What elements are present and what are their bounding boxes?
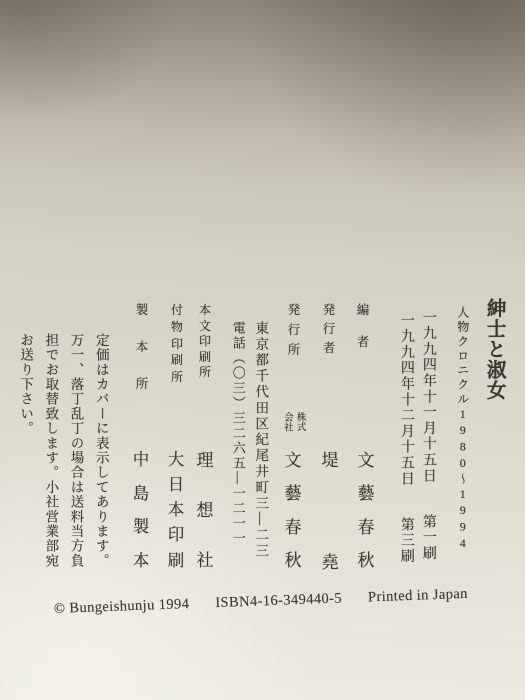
insert-printer-label: 付物印刷所 <box>168 304 186 383</box>
text-printer-label: 本文印刷所 <box>196 304 214 378</box>
publisher-name: 堤堯 <box>320 452 340 571</box>
notice-line-4: お送り下さい。 <box>18 333 32 568</box>
printing-first: 一九九四年十一月十五日第一刷 <box>420 310 435 561</box>
notice-line-2: 万一、落丁乱丁の場合は送料当方負 <box>68 333 82 568</box>
insert-printer-name: 大日本印刷 <box>166 452 186 569</box>
notice-line-3: 担でお取替致します。小社営業部宛 <box>43 333 57 568</box>
binder-name: 中島製本 <box>131 452 151 569</box>
printing-third: 一九九四年十二月十五日第三刷 <box>398 313 413 564</box>
editor-name: 文藝春秋 <box>356 452 376 569</box>
notice-line-1: 定価はカバーに表示してあります。 <box>94 333 108 568</box>
binder-label: 製本所 <box>133 304 151 390</box>
text-printer-name: 理想社 <box>195 452 215 569</box>
printing-first-date: 一九九四年十一月十五日 <box>421 310 436 484</box>
book-colophon-photo: 紳士と淑女 人物クロニクル1980〜1994 一九九四年十一月十五日第一刷 一九… <box>0 0 525 700</box>
printing-third-date: 一九九四年十二月十五日 <box>399 313 414 487</box>
printing-third-edition: 第三刷 <box>399 517 414 564</box>
book-subtitle: 人物クロニクル1980〜1994 <box>456 306 469 552</box>
isbn-text: ISBN4-16-349440-5 <box>215 590 342 612</box>
printing-first-edition: 第一刷 <box>421 514 436 561</box>
corporate-form: 株式会社 <box>280 412 306 435</box>
copyright-text: © Bungeishunju 1994 <box>54 596 190 618</box>
publisher-label: 発行者 <box>320 304 338 354</box>
printed-in-text: Printed in Japan <box>368 586 468 607</box>
copyright-line: © Bungeishunju 1994 ISBN4-16-349440-5 Pr… <box>54 586 468 618</box>
editor-label: 編者 <box>354 304 372 348</box>
price-returns-notice: 定価はカバーに表示してあります。 万一、落丁乱丁の場合は送料当方負 担でお取替致… <box>18 333 108 568</box>
publishing-office-label: 発行所 <box>285 304 303 356</box>
book-title: 紳士と淑女 <box>483 298 504 401</box>
publisher-phone: 電話（〇三）三二六五―一二一一 <box>231 321 245 546</box>
publishing-office-name: 文藝春秋 <box>283 452 303 569</box>
publisher-address: 東京都千代田区紀尾井町三―二三 <box>253 321 267 560</box>
